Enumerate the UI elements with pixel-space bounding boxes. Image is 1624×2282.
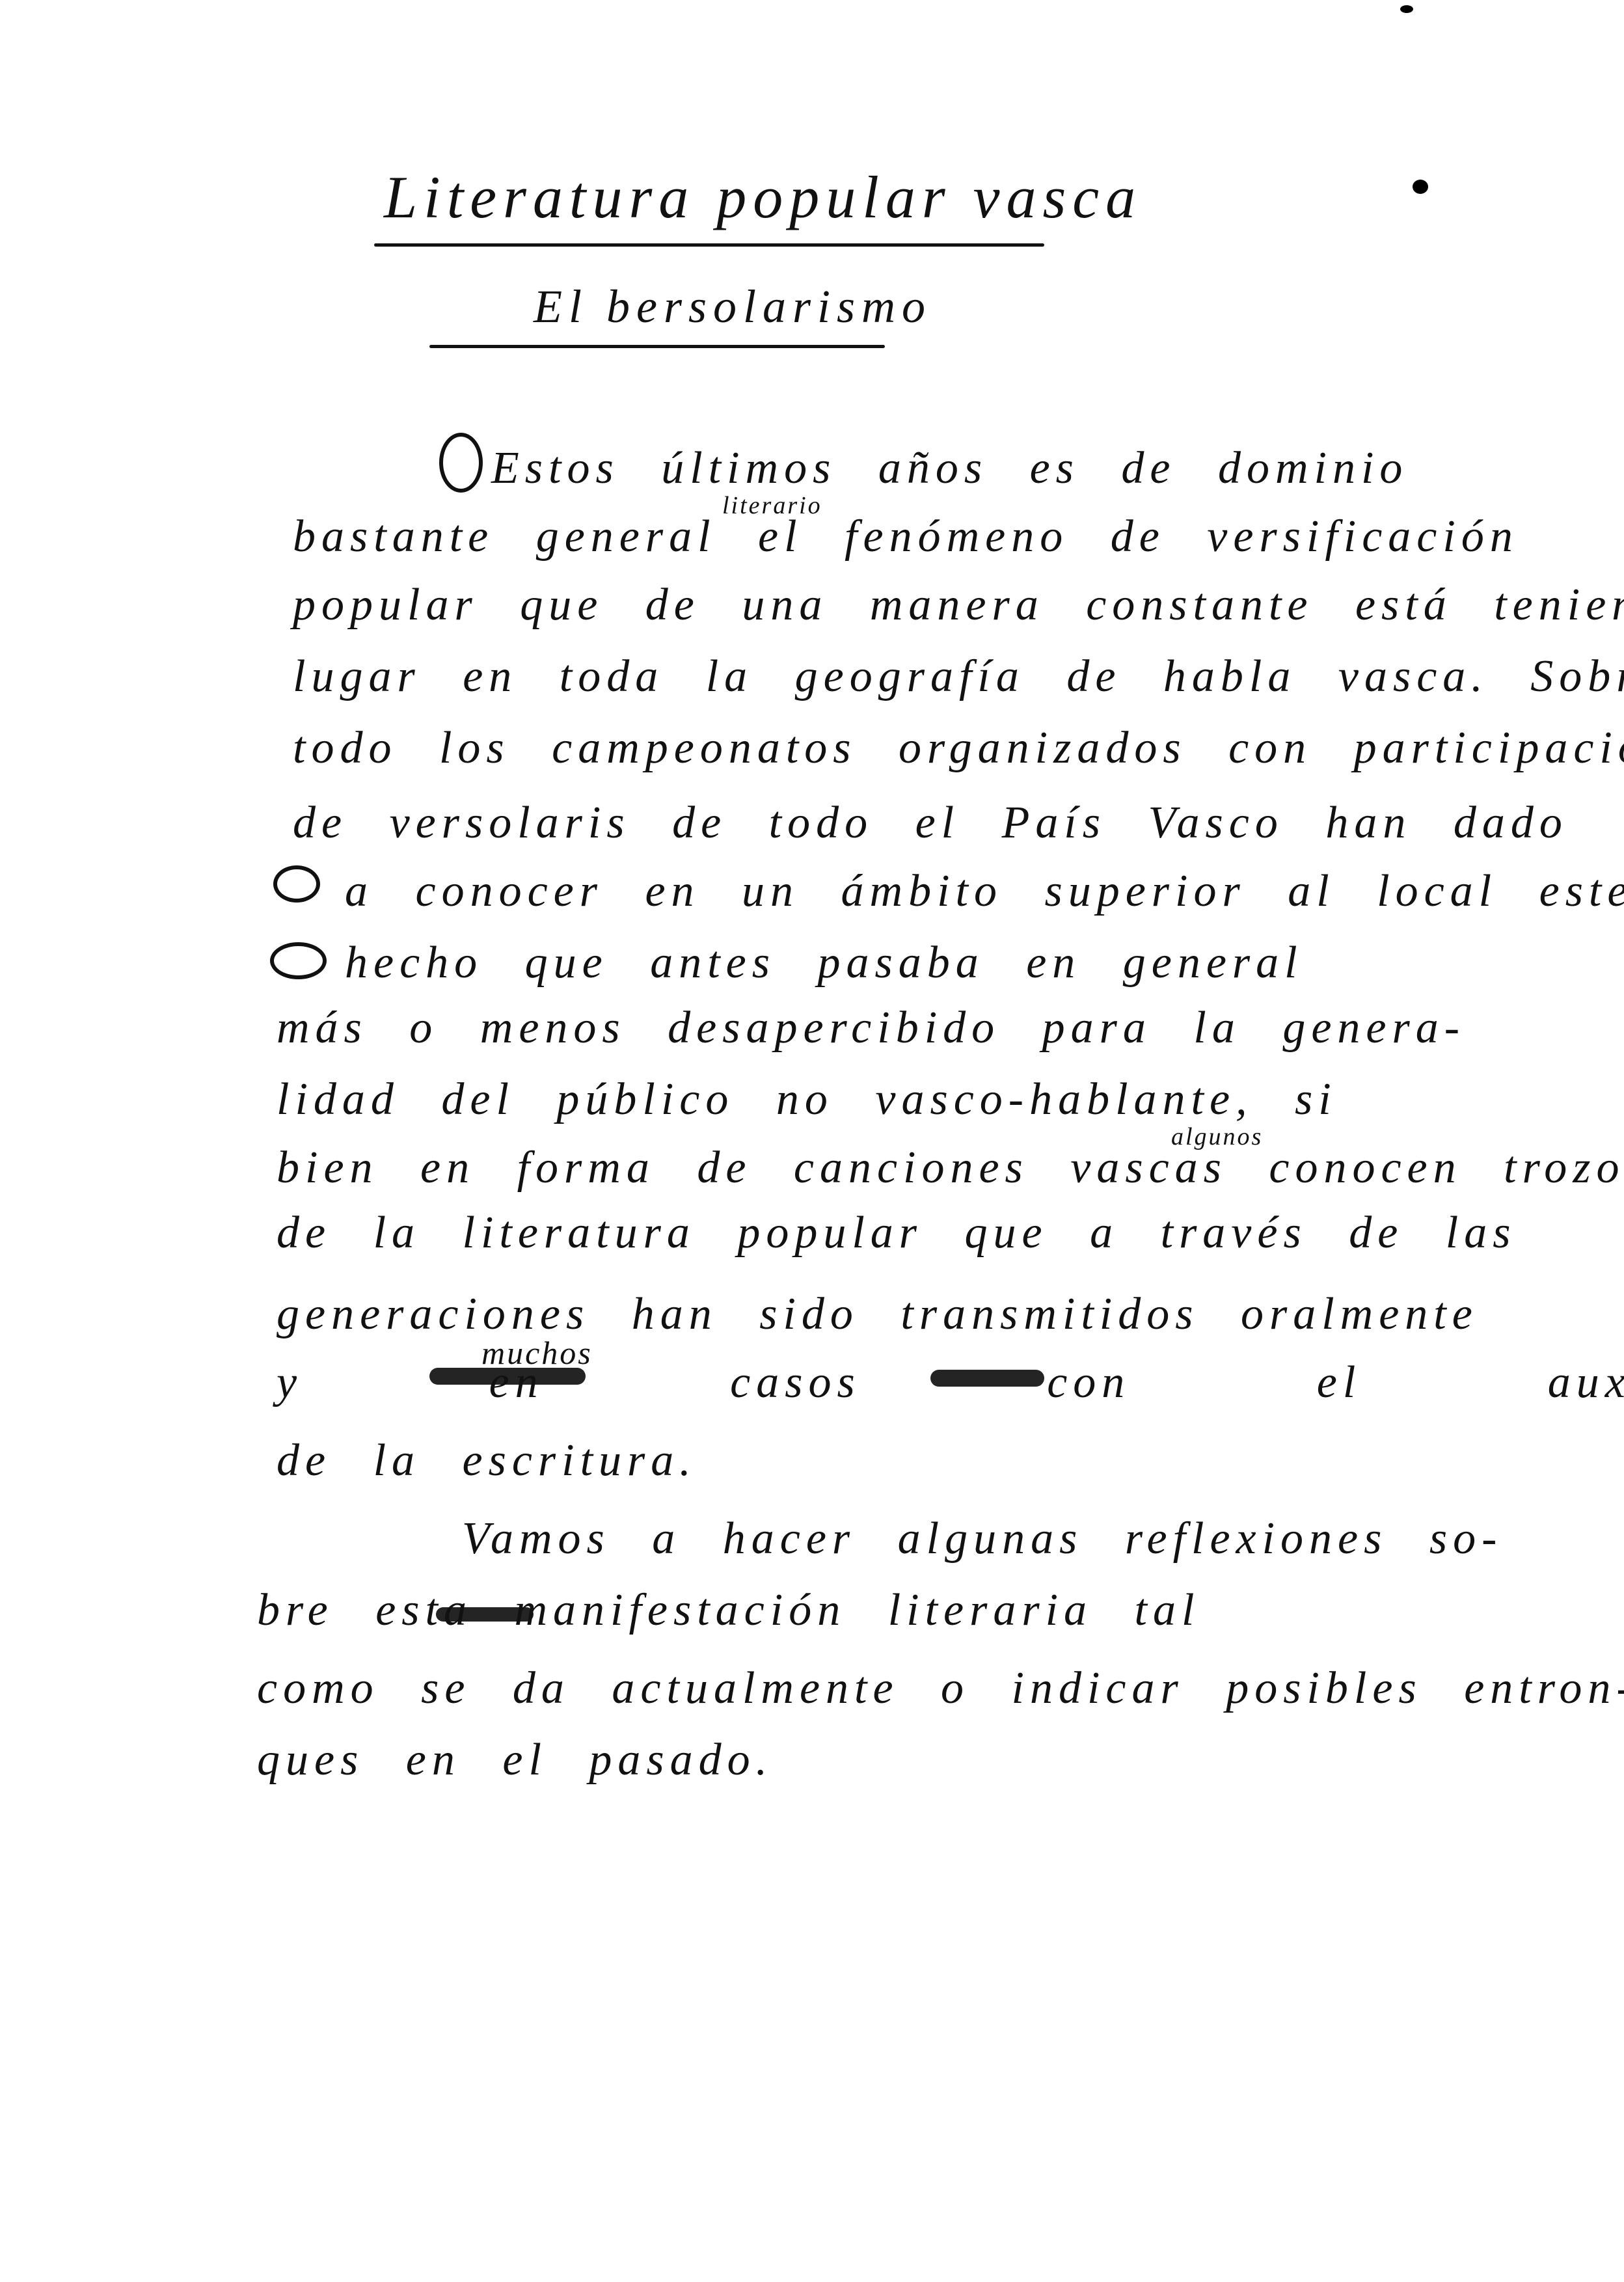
text-line: Vamos a hacer algunas reflexiones so- — [462, 1516, 1502, 1562]
text-line: bre esta manifestación literaria tal — [257, 1588, 1200, 1633]
text-line: como se da actualmente o indicar posible… — [257, 1666, 1624, 1711]
paragraph-2: Vamos a hacer algunas reflexiones so- br… — [247, 0, 1516, 2282]
text-line: ques en el pasado. — [257, 1737, 773, 1783]
manuscript-page: Literatura popular vasca El bersolarismo… — [0, 0, 1624, 2282]
